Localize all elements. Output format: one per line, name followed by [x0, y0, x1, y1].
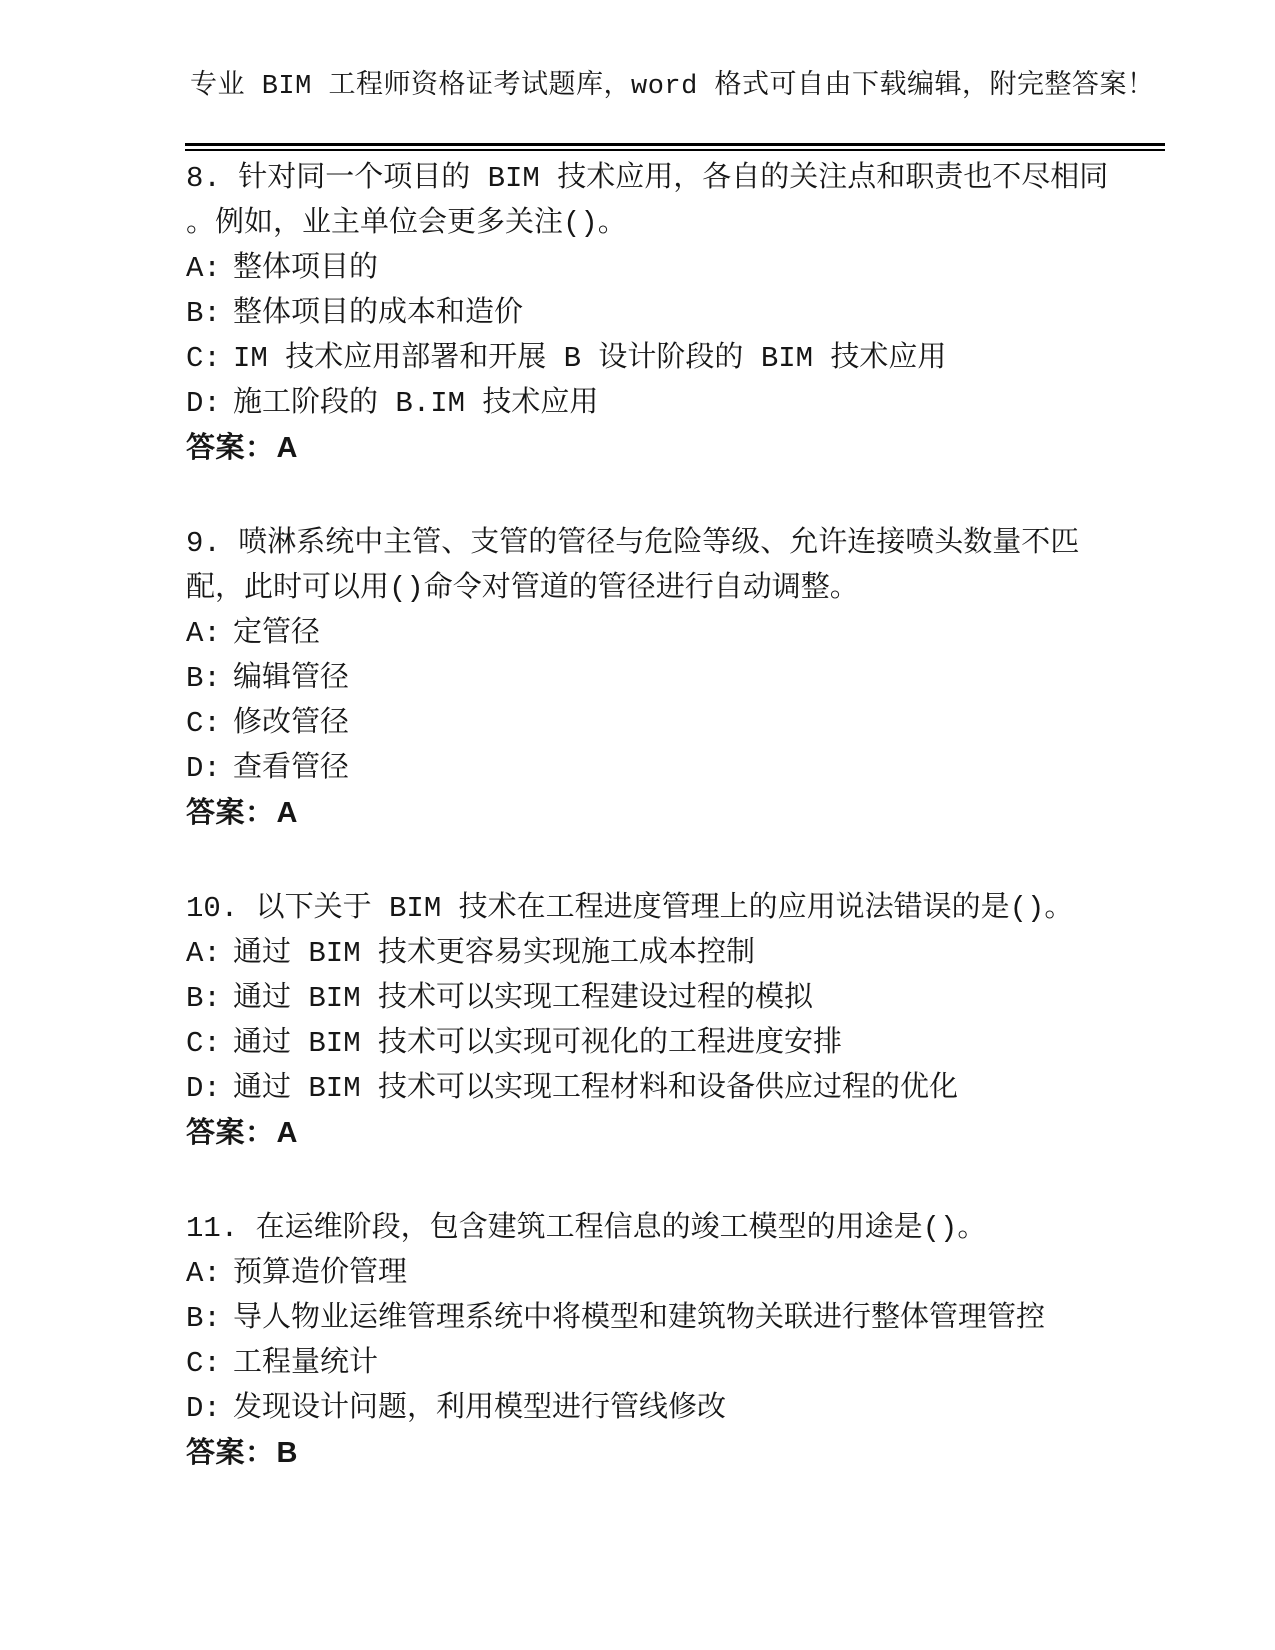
question-text-line: 配，此时可以用()命令对管道的管径进行自动调整。: [186, 566, 1086, 611]
question-block: 9. 喷淋系统中主管、支管的管径与危险等级、允许连接喷头数量不匹配，此时可以用(…: [186, 521, 1086, 836]
option-label: D:: [186, 1066, 233, 1111]
option-row: D: 查看管径: [186, 746, 1086, 791]
option-row: C: 修改管径: [186, 701, 1086, 746]
document-page: 专业 BIM 工程师资格证考试题库，word 格式可自由下载编辑，附完整答案！ …: [0, 0, 1275, 1650]
question-options: A: 定管径 B: 编辑管径 C: 修改管径 D: 查看管径: [186, 611, 1086, 791]
question-text: 8. 针对同一个项目的 BIM 技术应用，各自的关注点和职责也不尽相同。例如，业…: [186, 156, 1086, 246]
option-label: B:: [186, 291, 233, 336]
question-text-line: 9. 喷淋系统中主管、支管的管径与危险等级、允许连接喷头数量不匹: [186, 521, 1086, 566]
option-row: A: 预算造价管理: [186, 1251, 1086, 1296]
question-text-line: 10. 以下关于 BIM 技术在工程进度管理上的应用说法错误的是()。: [186, 886, 1086, 931]
question-block: 10. 以下关于 BIM 技术在工程进度管理上的应用说法错误的是()。 A: 通…: [186, 886, 1086, 1156]
answer-value: A: [277, 432, 298, 464]
option-text: 导人物业运维管理系统中将模型和建筑物关联进行整体管理管控: [233, 1296, 1045, 1341]
option-row: B: 导人物业运维管理系统中将模型和建筑物关联进行整体管理管控: [186, 1296, 1086, 1341]
option-text: 定管径: [233, 611, 320, 656]
answer-label: 答案：: [186, 432, 275, 464]
questions-list: 8. 针对同一个项目的 BIM 技术应用，各自的关注点和职责也不尽相同。例如，业…: [186, 156, 1086, 1526]
option-text: 查看管径: [233, 746, 349, 791]
option-row: A: 整体项目的: [186, 246, 1086, 291]
question-block: 11. 在运维阶段，包含建筑工程信息的竣工模型的用途是()。 A: 预算造价管理…: [186, 1206, 1086, 1476]
answer-value: A: [277, 797, 298, 829]
option-text: 施工阶段的 B.IM 技术应用: [233, 381, 598, 426]
option-text: 发现设计问题，利用模型进行管线修改: [233, 1386, 726, 1431]
option-text: 整体项目的成本和造价: [233, 291, 523, 336]
option-label: D:: [186, 1386, 233, 1431]
option-row: B: 整体项目的成本和造价: [186, 291, 1086, 336]
answer-label: 答案：: [186, 797, 275, 829]
answer-value: B: [277, 1437, 298, 1469]
option-text: 通过 BIM 技术可以实现工程材料和设备供应过程的优化: [233, 1066, 958, 1111]
option-text: 通过 BIM 技术可以实现可视化的工程进度安排: [233, 1021, 842, 1066]
option-text: 通过 BIM 技术可以实现工程建设过程的模拟: [233, 976, 813, 1021]
option-row: B: 编辑管径: [186, 656, 1086, 701]
option-row: C: 工程量统计: [186, 1341, 1086, 1386]
answer-label: 答案：: [186, 1117, 275, 1149]
option-label: A:: [186, 931, 233, 976]
option-text: 整体项目的: [233, 246, 378, 291]
option-label: C:: [186, 1021, 233, 1066]
option-text: IM 技术应用部署和开展 B 设计阶段的 BIM 技术应用: [233, 336, 946, 381]
option-row: D: 施工阶段的 B.IM 技术应用: [186, 381, 1086, 426]
question-options: A: 预算造价管理 B: 导人物业运维管理系统中将模型和建筑物关联进行整体管理管…: [186, 1251, 1086, 1431]
option-label: B:: [186, 656, 233, 701]
option-row: D: 通过 BIM 技术可以实现工程材料和设备供应过程的优化: [186, 1066, 1086, 1111]
option-row: C: 通过 BIM 技术可以实现可视化的工程进度安排: [186, 1021, 1086, 1066]
option-label: B:: [186, 1296, 233, 1341]
option-label: A:: [186, 246, 233, 291]
question-options: A: 通过 BIM 技术更容易实现施工成本控制 B: 通过 BIM 技术可以实现…: [186, 931, 1086, 1111]
option-text: 修改管径: [233, 701, 349, 746]
question-text: 9. 喷淋系统中主管、支管的管径与危险等级、允许连接喷头数量不匹配，此时可以用(…: [186, 521, 1086, 611]
option-row: C: IM 技术应用部署和开展 B 设计阶段的 BIM 技术应用: [186, 336, 1086, 381]
option-label: A:: [186, 1251, 233, 1296]
option-row: B: 通过 BIM 技术可以实现工程建设过程的模拟: [186, 976, 1086, 1021]
option-text: 编辑管径: [233, 656, 349, 701]
question-text-line: 8. 针对同一个项目的 BIM 技术应用，各自的关注点和职责也不尽相同: [186, 156, 1086, 201]
option-row: A: 定管径: [186, 611, 1086, 656]
answer-line: 答案：B: [186, 1431, 1086, 1476]
question-text-line: 11. 在运维阶段，包含建筑工程信息的竣工模型的用途是()。: [186, 1206, 1086, 1251]
option-row: D: 发现设计问题，利用模型进行管线修改: [186, 1386, 1086, 1431]
question-text: 10. 以下关于 BIM 技术在工程进度管理上的应用说法错误的是()。: [186, 886, 1086, 931]
option-label: B:: [186, 976, 233, 1021]
option-text: 预算造价管理: [233, 1251, 407, 1296]
answer-line: 答案：A: [186, 1111, 1086, 1156]
option-label: D:: [186, 746, 233, 791]
option-label: C:: [186, 701, 233, 746]
option-label: D:: [186, 381, 233, 426]
question-block: 8. 针对同一个项目的 BIM 技术应用，各自的关注点和职责也不尽相同。例如，业…: [186, 156, 1086, 471]
option-label: C:: [186, 1341, 233, 1386]
question-options: A: 整体项目的 B: 整体项目的成本和造价 C: IM 技术应用部署和开展 B…: [186, 246, 1086, 426]
answer-line: 答案：A: [186, 426, 1086, 471]
header-divider-double-rule: [185, 143, 1165, 151]
answer-value: A: [277, 1117, 298, 1149]
question-text-line: 。例如，业主单位会更多关注()。: [186, 201, 1086, 246]
question-text: 11. 在运维阶段，包含建筑工程信息的竣工模型的用途是()。: [186, 1206, 1086, 1251]
answer-line: 答案：A: [186, 791, 1086, 836]
page-header-title: 专业 BIM 工程师资格证考试题库，word 格式可自由下载编辑，附完整答案！: [190, 70, 1155, 104]
option-row: A: 通过 BIM 技术更容易实现施工成本控制: [186, 931, 1086, 976]
option-label: C:: [186, 336, 233, 381]
answer-label: 答案：: [186, 1437, 275, 1469]
option-label: A:: [186, 611, 233, 656]
option-text: 工程量统计: [233, 1341, 378, 1386]
option-text: 通过 BIM 技术更容易实现施工成本控制: [233, 931, 755, 976]
